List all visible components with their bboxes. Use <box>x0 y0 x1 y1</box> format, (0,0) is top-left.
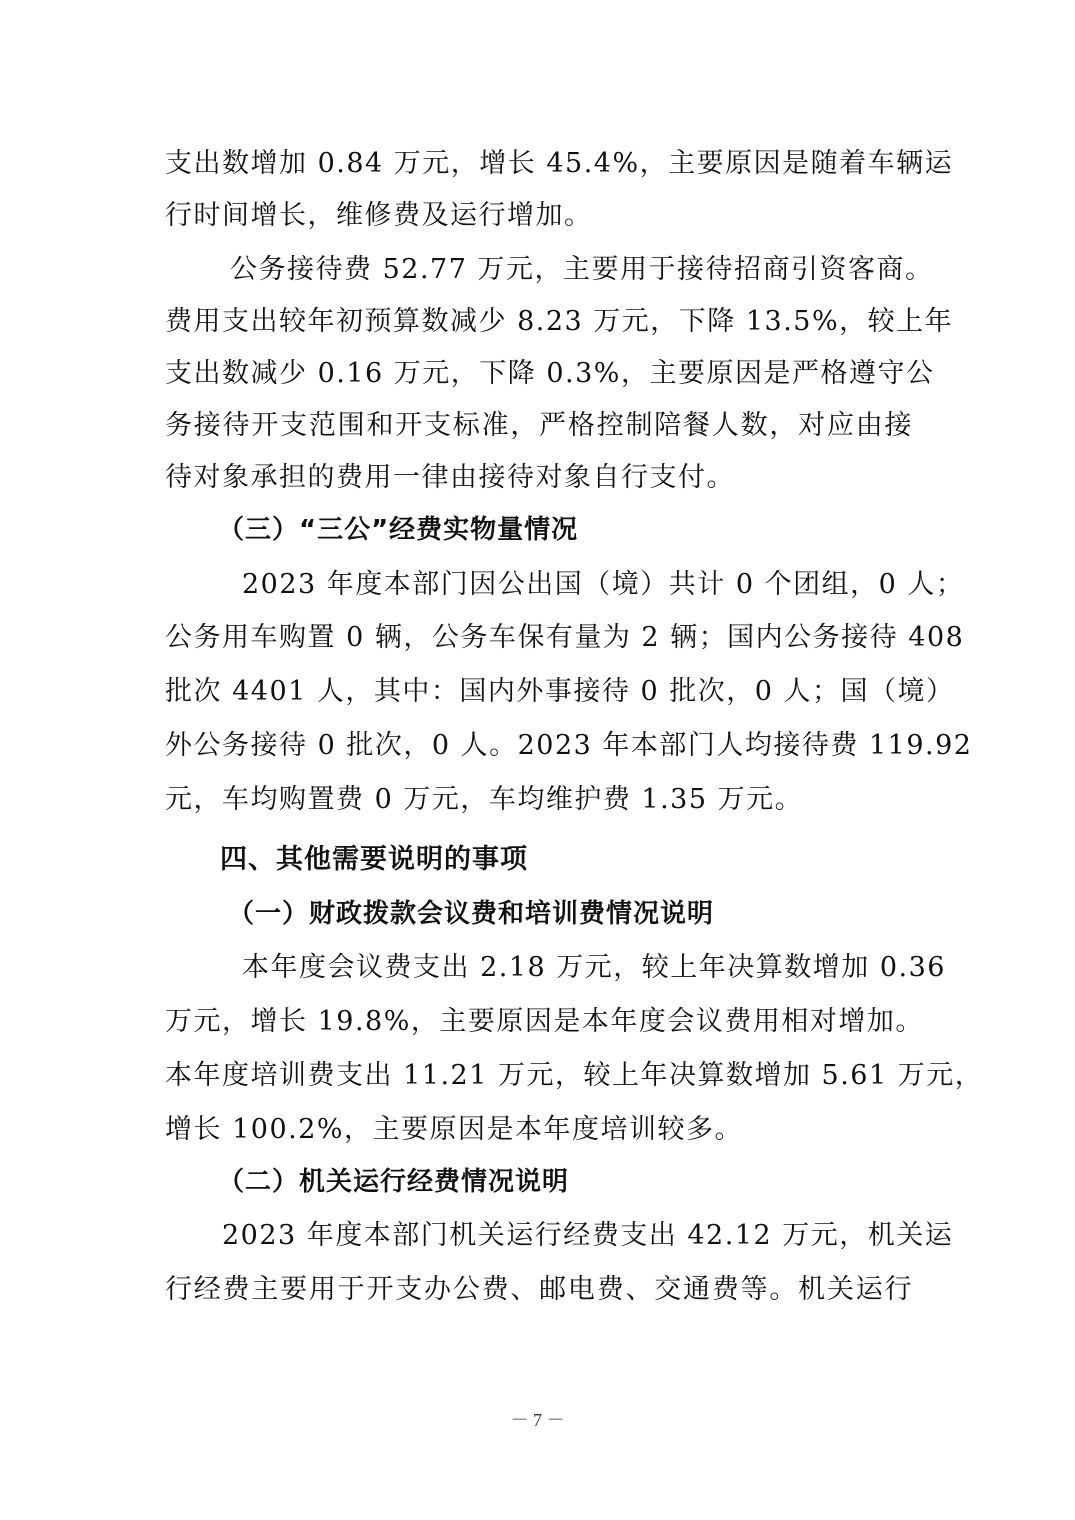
paragraph-line: 本年度会议费支出 2.18 万元，较上年决算数增加 0.36 <box>242 948 913 988</box>
paragraph-line: 万元，增长 19.8%，主要原因是本年度会议费用相对增加。 <box>165 1002 913 1042</box>
section-heading: （三）“三公”经费实物量情况 <box>218 510 578 550</box>
paragraph-line: 行时间增长，维修费及运行增加。 <box>165 196 913 236</box>
page-number: － 7 － <box>0 1406 1075 1432</box>
paragraph-line: 2023 年度本部门因公出国（境）共计 0 个团组，0 人； <box>242 565 913 605</box>
paragraph-line: 本年度培训费支出 11.21 万元，较上年决算数增加 5.61 万元， <box>165 1056 913 1096</box>
paragraph-line: 务接待开支范围和开支标准，严格控制陪餐人数，对应由接 <box>165 406 913 446</box>
chapter-heading: 四、其他需要说明的事项 <box>220 840 528 880</box>
paragraph-line: 批次 4401 人，其中：国内外事接待 0 批次，0 人；国（境） <box>165 672 913 712</box>
paragraph-line: 增长 100.2%，主要原因是本年度培训较多。 <box>165 1110 913 1150</box>
paragraph-line: 元，车均购置费 0 万元，车均维护费 1.35 万元。 <box>165 780 913 820</box>
paragraph-line: 公务接待费 52.77 万元，主要用于接待招商引资客商。 <box>230 250 913 290</box>
paragraph-line: 行经费主要用于开支办公费、邮电费、交通费等。机关运行 <box>165 1270 913 1310</box>
section-heading: （一）财政拨款会议费和培训费情况说明 <box>228 894 714 934</box>
paragraph-line: 公务用车购置 0 辆，公务车保有量为 2 辆；国内公务接待 408 <box>165 618 913 658</box>
paragraph-line: 2023 年度本部门机关运行经费支出 42.12 万元，机关运 <box>222 1216 913 1256</box>
paragraph-line: 支出数增加 0.84 万元，增长 45.4%，主要原因是随着车辆运 <box>165 144 913 184</box>
paragraph-line: 待对象承担的费用一律由接待对象自行支付。 <box>165 458 913 498</box>
paragraph-line: 外公务接待 0 批次，0 人。2023 年本部门人均接待费 119.92 <box>165 726 913 766</box>
section-heading: （二）机关运行经费情况说明 <box>218 1162 569 1202</box>
paragraph-line: 费用支出较年初预算数减少 8.23 万元，下降 13.5%，较上年 <box>165 302 913 342</box>
document-page: 支出数增加 0.84 万元，增长 45.4%，主要原因是随着车辆运 行时间增长，… <box>0 0 1075 1520</box>
paragraph-line: 支出数减少 0.16 万元，下降 0.3%，主要原因是严格遵守公 <box>165 354 913 394</box>
